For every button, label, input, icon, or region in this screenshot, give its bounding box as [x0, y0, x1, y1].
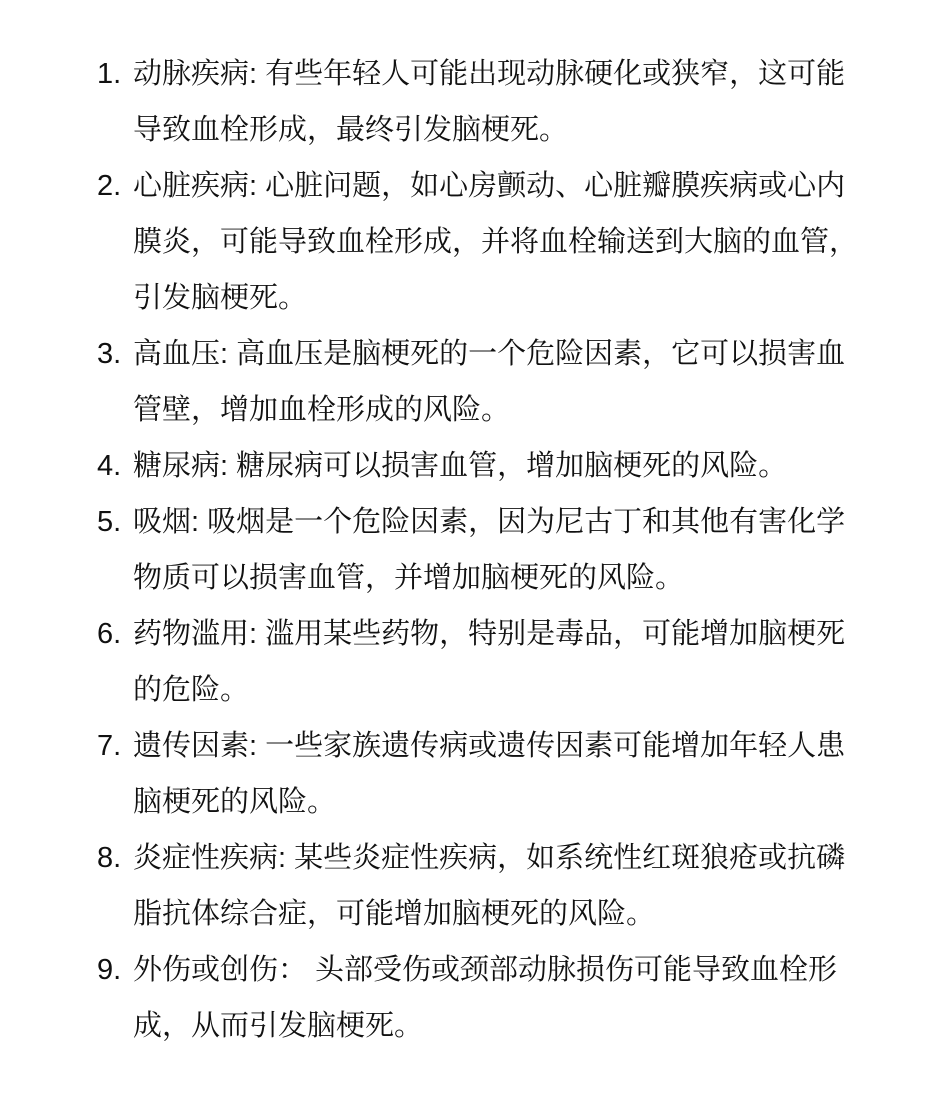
list-item-text: 遗传因素: 一些家族遗传病或遗传因素可能增加年轻人患脑梗死的风险。 [133, 718, 859, 830]
list-item-text: 吸烟: 吸烟是一个危险因素，因为尼古丁和其他有害化学物质可以损害血管，并增加脑梗… [133, 494, 859, 606]
list-item-text: 心脏疾病: 心脏问题，如心房颤动、心脏瓣膜疾病或心内膜炎，可能导致血栓形成，并将… [133, 158, 859, 326]
list-item-number: 5. [97, 494, 133, 550]
ordered-list: 1. 动脉疾病: 有些年轻人可能出现动脉硬化或狭窄，这可能导致血栓形成，最终引发… [97, 46, 859, 1054]
list-item-number: 4. [97, 438, 133, 494]
list-item: 6. 药物滥用: 滥用某些药物，特别是毒品，可能增加脑梗死的危险。 [97, 606, 859, 718]
list-item: 4. 糖尿病: 糖尿病可以损害血管，增加脑梗死的风险。 [97, 438, 859, 494]
list-item-number: 6. [97, 606, 133, 662]
list-item: 1. 动脉疾病: 有些年轻人可能出现动脉硬化或狭窄，这可能导致血栓形成，最终引发… [97, 46, 859, 158]
list-item-text: 高血压: 高血压是脑梗死的一个危险因素，它可以损害血管壁，增加血栓形成的风险。 [133, 326, 859, 438]
list-item-text: 药物滥用: 滥用某些药物，特别是毒品，可能增加脑梗死的危险。 [133, 606, 859, 718]
list-item: 2. 心脏疾病: 心脏问题，如心房颤动、心脏瓣膜疾病或心内膜炎，可能导致血栓形成… [97, 158, 859, 326]
list-item: 7. 遗传因素: 一些家族遗传病或遗传因素可能增加年轻人患脑梗死的风险。 [97, 718, 859, 830]
list-item-text: 外伤或创伤： 头部受伤或颈部动脉损伤可能导致血栓形成，从而引发脑梗死。 [133, 942, 859, 1054]
list-item-number: 8. [97, 830, 133, 886]
list-item: 5. 吸烟: 吸烟是一个危险因素，因为尼古丁和其他有害化学物质可以损害血管，并增… [97, 494, 859, 606]
list-item: 8. 炎症性疾病: 某些炎症性疾病，如系统性红斑狼疮或抗磷脂抗体综合症，可能增加… [97, 830, 859, 942]
list-item-text: 糖尿病: 糖尿病可以损害血管，增加脑梗死的风险。 [133, 438, 859, 494]
document-page: 1. 动脉疾病: 有些年轻人可能出现动脉硬化或狭窄，这可能导致血栓形成，最终引发… [0, 0, 946, 1054]
list-item: 9. 外伤或创伤： 头部受伤或颈部动脉损伤可能导致血栓形成，从而引发脑梗死。 [97, 942, 859, 1054]
list-item-number: 1. [97, 46, 133, 102]
list-item-number: 7. [97, 718, 133, 774]
list-item-number: 9. [97, 942, 133, 998]
list-item-number: 3. [97, 326, 133, 382]
list-item-number: 2. [97, 158, 133, 214]
list-item: 3. 高血压: 高血压是脑梗死的一个危险因素，它可以损害血管壁，增加血栓形成的风… [97, 326, 859, 438]
list-item-text: 动脉疾病: 有些年轻人可能出现动脉硬化或狭窄，这可能导致血栓形成，最终引发脑梗死… [133, 46, 859, 158]
list-item-text: 炎症性疾病: 某些炎症性疾病，如系统性红斑狼疮或抗磷脂抗体综合症，可能增加脑梗死… [133, 830, 859, 942]
